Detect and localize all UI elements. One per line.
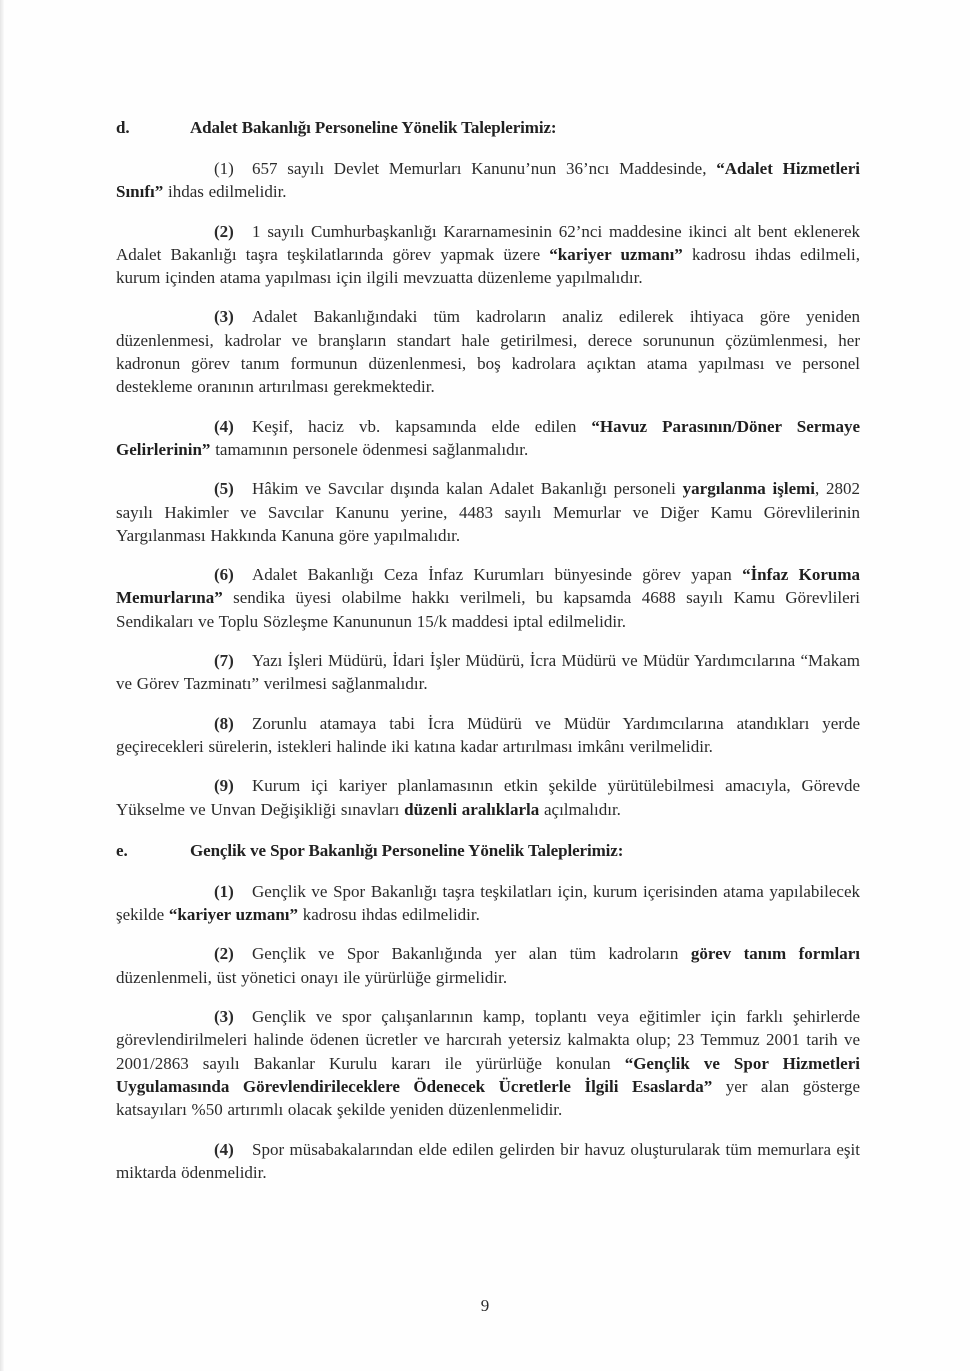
numbered-paragraph: (7)Yazı İşleri Müdürü, İdari İşler Müdür… [116,649,860,696]
numbered-paragraph: (4)Spor müsabakalarından elde edilen gel… [116,1138,860,1185]
page-number: 9 [0,1296,970,1316]
section-letter: e. [116,841,190,861]
numbered-paragraph: (8)Zorunlu atamaya tabi İcra Müdürü ve M… [116,712,860,759]
section-heading: e. Gençlik ve Spor Bakanlığı Personeline… [116,841,860,861]
paragraph-text: Gençlik ve Spor Bakanlığında yer alan tü… [252,944,691,963]
paragraph-number: (7) [214,649,252,672]
emphasized-text: “kariyer uzmanı” [549,245,683,264]
numbered-paragraph: (3)Adalet Bakanlığındaki tüm kadroların … [116,305,860,398]
emphasized-text: görev tanım formları [691,944,860,963]
paragraph-text: Hâkim ve Savcılar dışında kalan Adalet B… [252,479,683,498]
section-title: Gençlik ve Spor Bakanlığı Personeline Yö… [190,841,860,861]
paragraph-text: açılmalıdır. [539,800,621,819]
emphasized-text: düzenli aralıklarla [404,800,539,819]
paragraph-number: (9) [214,774,252,797]
scan-edge-shadow [0,0,4,1371]
numbered-paragraph: (3)Gençlik ve spor çalışanlarının kamp, … [116,1005,860,1121]
paragraph-number: (3) [214,305,252,328]
paragraph-text: sendika üyesi olabilme hakkı verilmeli, … [116,588,860,630]
paragraph-text: düzenlenmeli, üst yönetici onayı ile yür… [116,968,507,987]
document-page: d. Adalet Bakanlığı Personeline Yönelik … [0,0,970,1371]
paragraph-number: (2) [214,220,252,243]
numbered-paragraph: (2)Gençlik ve Spor Bakanlığında yer alan… [116,942,860,989]
numbered-paragraph: (1)Gençlik ve Spor Bakanlığı taşra teşki… [116,880,860,927]
paragraph-number: (3) [214,1005,252,1028]
paragraph-text: 657 sayılı Devlet Memurları Kanunu’nun 3… [252,159,716,178]
section-heading: d. Adalet Bakanlığı Personeline Yönelik … [116,118,860,138]
paragraph-number: (1) [214,157,252,180]
section-title: Adalet Bakanlığı Personeline Yönelik Tal… [190,118,860,138]
paragraph-number: (4) [214,415,252,438]
section-letter: d. [116,118,190,138]
numbered-paragraph: (4)Keşif, haciz vb. kapsamında elde edil… [116,415,860,462]
paragraph-number: (6) [214,563,252,586]
emphasized-text: “kariyer uzmanı” [169,905,298,924]
paragraph-number: (1) [214,880,252,903]
numbered-paragraph: (2)1 sayılı Cumhurbaşkanlığı Kararnamesi… [116,220,860,290]
paragraph-number: (2) [214,942,252,965]
paragraph-text: ihdas edilmelidir. [163,182,286,201]
paragraph-text: kadrosu ihdas edilmelidir. [298,905,480,924]
paragraph-number: (4) [214,1138,252,1161]
section-items: (1)Gençlik ve Spor Bakanlığı taşra teşki… [116,880,860,1184]
paragraph-text: tamamının personele ödenmesi sağlanmalıd… [210,440,528,459]
section-items: (1)657 sayılı Devlet Memurları Kanunu’nu… [116,157,860,821]
numbered-paragraph: (5)Hâkim ve Savcılar dışında kalan Adale… [116,477,860,547]
section-e: e. Gençlik ve Spor Bakanlığı Personeline… [116,841,860,1184]
paragraph-text: Keşif, haciz vb. kapsamında elde edilen [252,417,591,436]
numbered-paragraph: (9)Kurum içi kariyer planlamasının etkin… [116,774,860,821]
paragraph-text: Adalet Bakanlığı Ceza İnfaz Kurumları bü… [252,565,742,584]
section-d: d. Adalet Bakanlığı Personeline Yönelik … [116,118,860,821]
document-body: d. Adalet Bakanlığı Personeline Yönelik … [116,118,860,1200]
emphasized-text: yargılanma işlemi [683,479,815,498]
numbered-paragraph: (6)Adalet Bakanlığı Ceza İnfaz Kurumları… [116,563,860,633]
paragraph-number: (5) [214,477,252,500]
paragraph-number: (8) [214,712,252,735]
numbered-paragraph: (1)657 sayılı Devlet Memurları Kanunu’nu… [116,157,860,204]
